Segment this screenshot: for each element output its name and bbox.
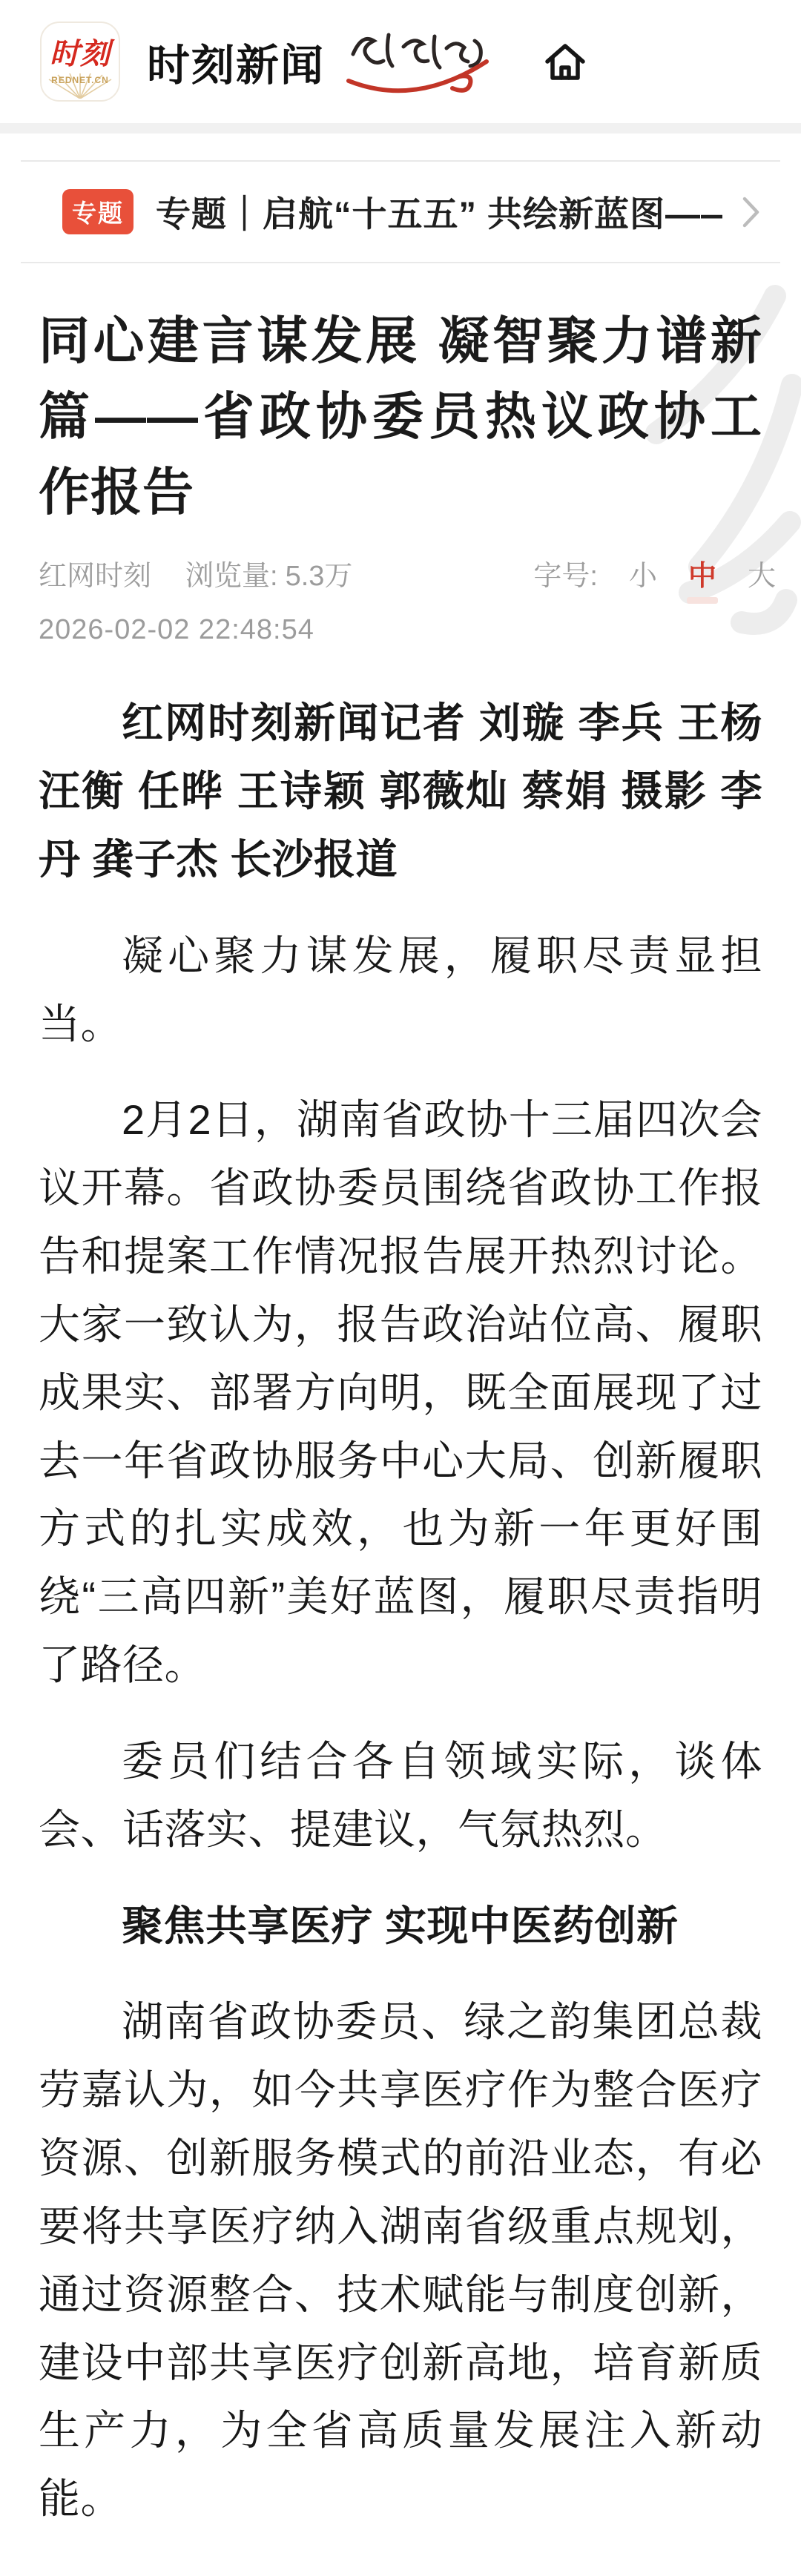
article-paragraph: 委员们结合各自领域实际，谈体会、话落实、提建议，气氛热烈。 [39, 1727, 762, 1864]
views-value: 5.3万 [286, 553, 353, 593]
source-label: 红网时刻 [39, 553, 151, 593]
font-size-medium-button[interactable]: 中 [688, 553, 716, 593]
font-size-control: 字号: 小 中 大 [533, 553, 776, 593]
article: 同心建言谋发展 凝智聚力谱新篇——省政协委员热议政协工作报告 红网时刻 浏览量:… [0, 303, 801, 2576]
chevron-right-icon [742, 195, 761, 229]
logo-domain: REDNET.CN [51, 75, 109, 85]
topic-link-bar[interactable]: 专题 专题｜启航“十五五” 共绘新蓝图——聚... [21, 160, 780, 263]
font-size-label: 字号: [533, 553, 598, 593]
publish-datetime: 2026-02-02 22:48:54 [39, 614, 762, 646]
app-name: 时刻新闻 [147, 30, 325, 93]
meta-left: 红网时刻 浏览量: 5.3万 [39, 553, 352, 593]
article-paragraph: 湖南省政协委员、绿之韵集团总裁劳嘉认为，如今共享医疗作为整合医疗资源、创新服务模… [39, 1988, 762, 2533]
font-size-small-button[interactable]: 小 [629, 553, 657, 593]
article-paragraph: 2月2日，湖南省政协十三届四次会议开幕。省政协委员围绕省政协工作报告和提案工作情… [39, 1086, 762, 1699]
topic-badge: 专题 [62, 189, 133, 234]
font-size-large-button[interactable]: 大 [748, 553, 776, 593]
article-title: 同心建言谋发展 凝智聚力谱新篇——省政协委员热议政协工作报告 [39, 303, 762, 530]
article-meta: 红网时刻 浏览量: 5.3万 字号: 小 中 大 [39, 553, 776, 593]
home-icon[interactable] [541, 38, 589, 85]
views-label: 浏览量: [185, 553, 278, 593]
section-subheading: 聚焦共享医疗 实现中医药创新 [39, 1892, 762, 1960]
header-divider [0, 123, 801, 134]
logo-wordmark: 时刻 [50, 38, 111, 70]
app-header: 时刻 REDNET.CN 时刻新闻 [0, 0, 801, 123]
calligraphy-signature-icon [341, 20, 503, 103]
app-logo: 时刻 REDNET.CN [40, 22, 120, 102]
article-paragraph-reporters: 红网时刻新闻记者 刘璇 李兵 王杨 汪衡 任晔 王诗颖 郭薇灿 蔡娟 摄影 李丹… [39, 689, 762, 893]
article-page: 时刻 REDNET.CN 时刻新闻 [0, 0, 801, 2576]
article-paragraph: 凝心聚力谋发展，履职尽责显担当。 [39, 922, 762, 1058]
view-count: 浏览量: 5.3万 [185, 553, 352, 593]
article-body: 红网时刻新闻记者 刘璇 李兵 王杨 汪衡 任晔 王诗颖 郭薇灿 蔡娟 摄影 李丹… [39, 689, 762, 2576]
topic-title: 专题｜启航“十五五” 共绘新蓝图——聚... [156, 187, 722, 237]
